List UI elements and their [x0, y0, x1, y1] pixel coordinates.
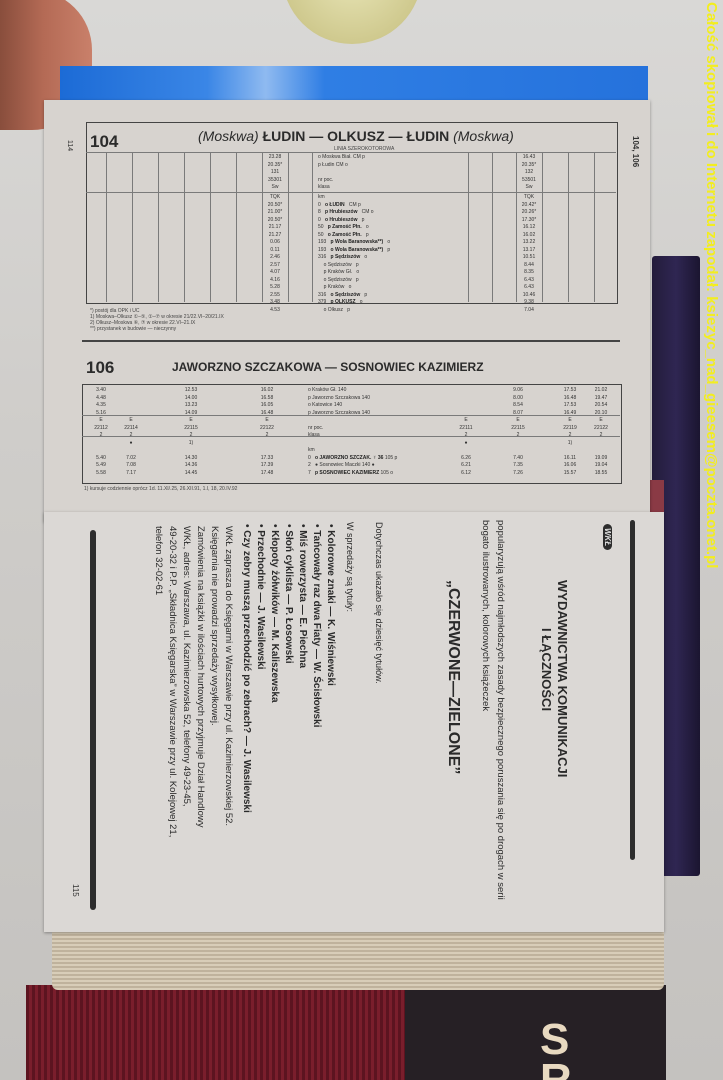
publisher-heading-2: I ŁĄCZNOŚCI [539, 628, 554, 711]
closing-line: Zamówienia na książki w ilościach hurtow… [195, 526, 206, 827]
for-sale-label: W sprzedaży są tytuły: [345, 522, 355, 612]
column-stations: km 0 o ŁUDIN CM p 8 p Hrubieszów CM o 0 … [318, 194, 468, 314]
t106-left-col-3: 12.53 14.00 13.23 14.09 E 22115 2 1) 14.… [176, 387, 206, 477]
left-margin-bar [90, 530, 96, 910]
title-item: • Tańcowały raz dwa Fiaty — W. Ścisłowsk… [311, 524, 322, 727]
table-106-number: 106 [86, 358, 114, 378]
table-104-footnotes: *) postój dla OPK i UC 1) Moskwa–Olkusz … [90, 308, 390, 332]
closing-line: WKŁ zaprasza do Księgarni w Warszawie pr… [223, 526, 234, 826]
closing-line: telefon 32-02-61 [153, 526, 164, 595]
wkl-logo: WKŁ [603, 524, 612, 550]
blue-book-cover [60, 66, 648, 102]
t106-right-col-1: E 22111 2 ● 6.26 6.21 6.12 [452, 387, 480, 477]
through-stations: o Moskwa Biał. CM p p Łudin CM o nr poc.… [318, 154, 466, 192]
title-item: • Przechodnie — J. Wasilewski [255, 524, 266, 669]
released-count: Dotychczas ukazało się dziesięć tytułów. [374, 522, 384, 684]
t106-left-col-4: 16.02 16.58 16.05 16.48 E 22122 2 17.33 … [252, 387, 282, 477]
t106-left-col-1: 3.40 4.48 4.35 5.16 E 22112 2 5.40 5.49 … [86, 387, 116, 477]
title-item: • Kolorowe znaki — K. Wiśniewski [325, 524, 336, 686]
intro-text: popularyzują wśród najmłodszych zasady b… [478, 520, 508, 900]
series-title: „CZERWONE—ZIELONE” [444, 580, 462, 774]
title-item: • Czy zebry muszą przechodzić po zebrach… [241, 524, 252, 813]
title-prefix: (Moskwa) [198, 128, 259, 144]
title-item: • Słoń cyklista — P. Łosowski [283, 524, 294, 663]
publisher-heading-1: WYDAWNICTWA KOMUNIKACJI [555, 580, 570, 777]
closing-line: 49-20-32 i P.P. „Składnica Księgarska” w… [167, 526, 178, 837]
table-106-title: JAWORZNO SZCZAKOWA — SOSNOWIEC KAZIMIERZ [172, 360, 484, 374]
t106-right-col-3: 17.53 16.48 17.53 16.49 E 22119 2 1) 16.… [556, 387, 584, 477]
through-left-times: 23.28 20.35* 131 35301 Sw [262, 154, 288, 192]
closing-line: Księgarnia nie prowadzi sprzedaży wysyłk… [209, 526, 220, 726]
t106-right-col-2: 9.06 8.00 8.54 8.07 E 22115 2 7.40 7.35 … [504, 387, 532, 477]
title-suffix: (Moskwa) [453, 128, 514, 144]
closing-line: WKŁ, adres: Warszawa, ul. Kazimierzowska… [181, 526, 192, 807]
page-number-left: 114 [66, 140, 72, 151]
title-item: • Miś rowerzysta — E. Piechna [297, 524, 308, 668]
t106-stations: o Kraków Gł. 140 p Jaworzno Szczakowa 14… [308, 387, 448, 477]
table-104-number: 104 [90, 132, 118, 152]
red-book-letters: SRP [540, 1020, 670, 1080]
column-right-times: TQK 20.42* 20.26* 17.30* 16.12 16.02 13.… [516, 194, 542, 314]
right-margin-bar [630, 520, 635, 860]
page-number-right: 104, 106 [632, 136, 638, 167]
watermark-text: Całość skopiował i do Internetu zapodał:… [703, 2, 720, 1080]
page-number-bottom: 115 [71, 884, 80, 897]
table-104-title: (Moskwa) ŁUDIN — OLKUSZ — ŁUDIN (Moskwa) [198, 128, 514, 144]
t106-left-col-2: E 22114 2 ● 7.02 7.08 7.17 [116, 387, 146, 477]
column-left-times: TQK 20.50* 21.00* 20.50* 21.17 21.27 0.0… [262, 194, 288, 314]
title-main: ŁUDIN — OLKUSZ — ŁUDIN [263, 128, 450, 144]
t106-right-col-4: 21.02 19.47 20.54 20.10 E 22122 2 19.09 … [586, 387, 616, 477]
title-item: • Kłopoty żółwików — M. Kaliszewska [269, 524, 280, 703]
table-106-footnote: 1) kursuje codziennie oprócz 1d. 11.XI/.… [84, 486, 484, 492]
through-right-times: 16.43 20.35* 132 53501 Sw [516, 154, 542, 192]
